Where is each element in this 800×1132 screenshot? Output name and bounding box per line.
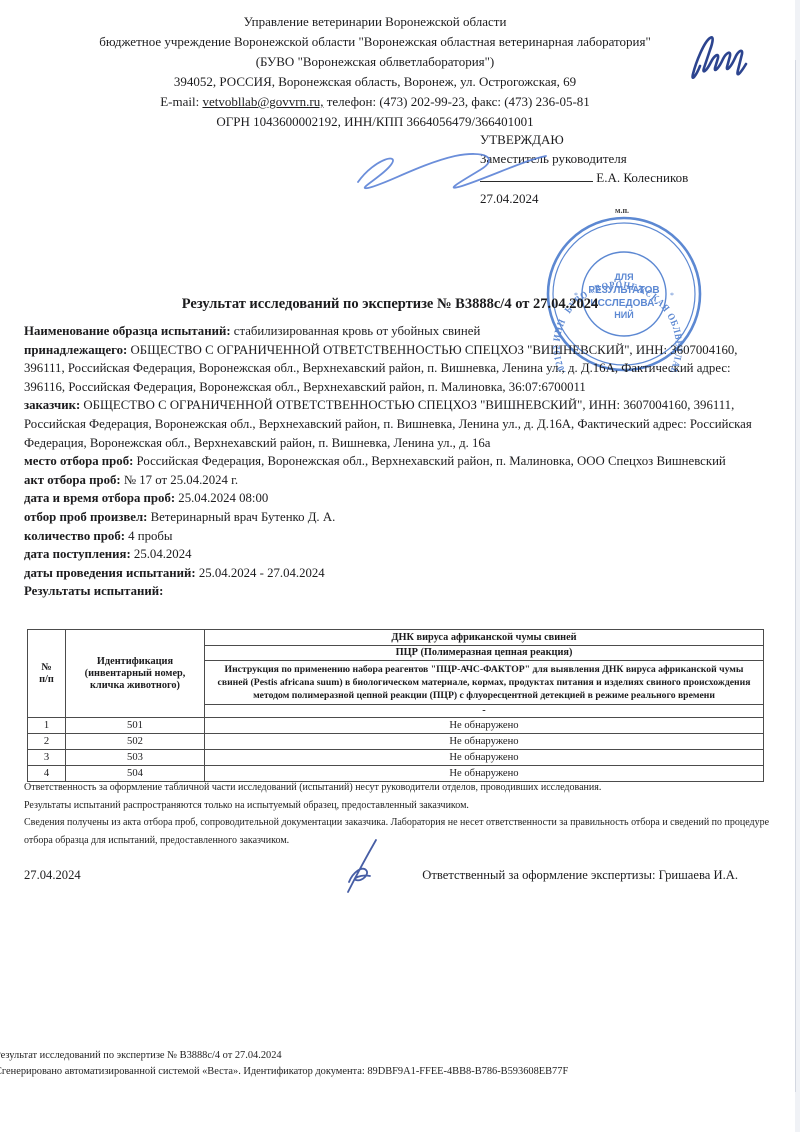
field-value: ОБЩЕСТВО С ОГРАНИЧЕННОЙ ОТВЕТСТВЕННОСТЬЮ… [24,398,752,449]
field-value: 25.04.2024 08:00 [175,491,268,505]
sample-info: Наименование образца испытаний: стабилиз… [24,322,768,601]
org-department: Управление ветеринарии Воронежской облас… [5,12,745,32]
responsible-signature [336,836,396,898]
field-test-dates: даты проведения испытаний: 25.04.2024 - … [24,564,768,583]
field-label: дата и время отбора проб: [24,491,175,505]
field-value: 4 пробы [125,529,173,543]
test-group-header: ДНК вируса африканской чумы свиней [205,630,764,646]
field-sampling-act: акт отбора проб: № 17 от 25.04.2024 г. [24,471,768,490]
field-label: место отбора проб: [24,454,133,468]
results-table: №п/п Идентификация (инвентарный номер, к… [27,629,764,782]
email-label: E-mail: [160,94,202,109]
signoff-date: 27.04.2024 [24,868,81,883]
col-header-identification: Идентификация (инвентарный номер, кличка… [66,630,205,718]
field-sampler: отбор проб произвел: Ветеринарный врач Б… [24,508,768,527]
field-label: акт отбора проб: [24,473,121,487]
method-instruction: Инструкция по применению набора реагенто… [205,661,764,705]
field-label: дата поступления: [24,547,131,561]
approve-word: УТВЕРЖДАЮ [480,130,780,149]
field-value: Ветеринарный врач Бутенко Д. А. [147,510,335,524]
method-header: ПЦР (Полимеразная цепная реакция) [205,646,764,661]
field-customer: заказчик: ОБЩЕСТВО С ОГРАНИЧЕННОЙ ОТВЕТС… [24,396,768,452]
field-value: стабилизированная кровь от убойных свине… [231,324,481,338]
field-sampling-datetime: дата и время отбора проб: 25.04.2024 08:… [24,489,768,508]
result-value: Не обнаружено [205,750,764,766]
field-label: принадлежащего: [24,343,127,357]
field-received-date: дата поступления: 25.04.2024 [24,545,768,564]
field-label: Наименование образца испытаний: [24,324,231,338]
handwritten-mark [686,26,776,86]
letterhead: Управление ветеринарии Воронежской облас… [5,12,745,132]
approver-position: Заместитель руководителя [480,149,780,168]
field-owner: принадлежащего: ОБЩЕСТВО С ОГРАНИЧЕННОЙ … [24,341,768,397]
sample-id: 503 [66,750,205,766]
approver-name: Е.А. Колесников [593,170,688,185]
result-value: Не обнаружено [205,734,764,750]
org-address: 394052, РОССИЯ, Воронежская область, Вор… [5,72,745,92]
field-sample-name: Наименование образца испытаний: стабилиз… [24,322,768,341]
field-label: Результаты испытаний: [24,584,163,598]
approval-block: УТВЕРЖДАЮ Заместитель руководителя Е.А. … [480,130,780,208]
page-edge-line [795,60,796,1092]
field-label: отбор проб произвел: [24,510,147,524]
org-ogrn-inn: ОГРН 1043600002192, ИНН/КПП 3664056479/3… [5,112,745,132]
signature-line-row: Е.А. Колесников [480,168,780,187]
results-heading: Результаты испытаний: [24,582,768,601]
col-header-number-line1: № [41,662,51,673]
field-sample-count: количество проб: 4 пробы [24,527,768,546]
row-number: 3 [28,750,66,766]
signature-line [480,168,593,182]
table-row: 1 501 Не обнаружено [28,718,764,734]
result-value: Не обнаружено [205,718,764,734]
field-value: № 17 от 25.04.2024 г. [121,473,238,487]
field-value: 25.04.2024 [131,547,192,561]
document-title: Результат исследований по экспертизе № В… [20,296,760,313]
org-name: бюджетное учреждение Воронежской области… [5,32,745,52]
table-row: 3 503 Не обнаружено [28,750,764,766]
col-header-number-line2: п/п [39,674,54,685]
field-label: количество проб: [24,529,125,543]
col-header-number: №п/п [28,630,66,718]
stamp-center-line2: РЕЗУЛЬТАТОВ [588,285,659,296]
phone-fax: телефон: (473) 202-99-23, факс: (473) 23… [323,94,589,109]
generated-footer: Результат исследований по экспертизе № В… [0,1048,755,1080]
field-label: заказчик: [24,398,80,412]
approval-date: 27.04.2024 [480,189,780,208]
field-sampling-place: место отбора проб: Российская Федерация,… [24,452,768,471]
org-contacts: E-mail: vetvobllab@govvrn.ru, телефон: (… [5,92,745,112]
disclaimer-notes: Ответственность за оформление табличной … [24,779,772,849]
field-value: ОБЩЕСТВО С ОГРАНИЧЕННОЙ ОТВЕТСТВЕННОСТЬЮ… [24,343,738,394]
stamp-center-line1: ДЛЯ [614,272,633,282]
footer-expertise-ref: Результат исследований по экспертизе № В… [0,1048,755,1064]
field-value: 25.04.2024 - 27.04.2024 [196,566,325,580]
field-value: Российская Федерация, Воронежская обл., … [133,454,725,468]
row-number: 1 [28,718,66,734]
footer-generator-id: Сгенерировано автоматизированной системо… [0,1064,755,1080]
row-number: 2 [28,734,66,750]
note-source: Сведения получены из акта отбора проб, с… [24,814,772,849]
note-responsibility: Ответственность за оформление табличной … [24,779,772,797]
field-label: даты проведения испытаний: [24,566,196,580]
note-scope: Результаты испытаний распространяются то… [24,797,772,815]
table-row: 2 502 Не обнаружено [28,734,764,750]
org-short-name: (БУВО "Воронежская облветлаборатория") [5,52,745,72]
email-address: vetvobllab@govvrn.ru, [202,94,323,109]
sample-id: 501 [66,718,205,734]
dash-cell: - [205,705,764,718]
sample-id: 502 [66,734,205,750]
responsible-person: Ответственный за оформление экспертизы: … [422,868,738,883]
